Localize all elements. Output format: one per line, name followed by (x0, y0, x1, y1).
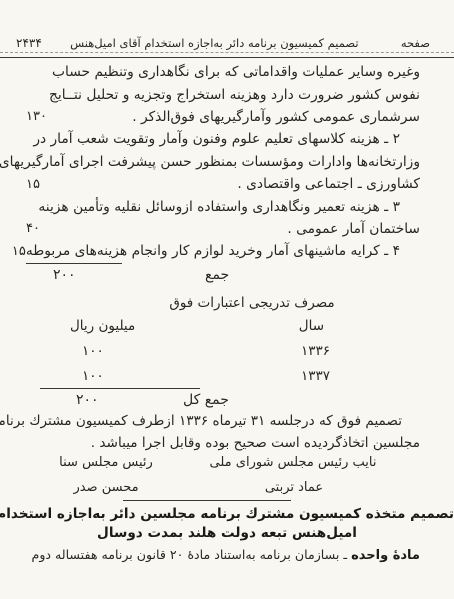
budget-line: ۲ ـ هزینه کلاسهای تعلیم علوم وفنون وآمار… (26, 128, 420, 150)
ratification-line: مجلسین اتخاذگردیده است صحیح بوده وقابل ا… (26, 435, 420, 451)
ratification-line: تصمیم فوق که درجلسه ۳۱ تیرماه ۱۳۳۶ ازطرف… (26, 413, 420, 429)
article-line: مادهٔ واحده ـ بسازمان برنامه به‌استناد م… (20, 547, 420, 563)
article-text: ـ بسازمان برنامه به‌استناد مادهٔ ۲۰ قانو… (32, 547, 348, 562)
signature-right-name: عماد تربتی (234, 480, 354, 495)
budget-line-text: کشاورزی ـ اجتماعی واقتصادی . (237, 176, 420, 192)
schedule-row-year: ۱۳۳۶ (301, 343, 330, 359)
budget-line-text: نفوس کشور ضرورت دارد وهزینه استخراج وتجز… (49, 87, 420, 103)
budget-sum-rule (26, 263, 122, 264)
section-divider-rule (123, 500, 291, 501)
budget-line-amount: ۱۳۰ (26, 109, 47, 124)
budget-line: وزارتخانه‌ها وادارات ومؤسسات بمنظور حسن … (26, 151, 420, 173)
budget-line: نفوس کشور ضرورت دارد وهزینه استخراج وتجز… (26, 83, 420, 105)
page-number: ۲۴۳۴ (16, 36, 42, 50)
budget-line-text: ۲ ـ هزینه کلاسهای تعلیم علوم وفنون وآمار… (33, 131, 420, 147)
budget-line-text: ۴ ـ کرایه ماشینهای آمار وخرید لوازم کار … (26, 243, 420, 259)
schedule-year-header: سال (299, 318, 324, 334)
budget-line: ۴ ـ کرایه ماشینهای آمار وخرید لوازم کار … (26, 240, 420, 262)
budget-line-amount: ۱۵ (12, 244, 26, 259)
schedule-title: مصرف تدریجی اعتبارات فوق (50, 295, 454, 311)
budget-line: وغیره وسایر عملیات واقداماتی که برای نگا… (26, 61, 420, 83)
schedule-row-amount: ۱۰۰ (82, 343, 104, 359)
page-label: صفحه (401, 36, 430, 50)
grand-total-label: جمع کل (183, 392, 229, 408)
schedule-amount-header: میلیون ریال (70, 318, 135, 334)
schedule-row-amount: ۱۰۰ (82, 368, 104, 384)
schedule-sum-rule (40, 388, 200, 389)
budget-list: وغیره وسایر عملیات واقداماتی که برای نگا… (26, 61, 420, 263)
decision-heading-line2: امیل‌هنس تبعه دولت هلند بمدت دوسال (0, 525, 454, 541)
budget-line-amount: ۴۰ (26, 221, 40, 236)
page-header: صفحه تصمیم کمیسیون برنامه دائر به‌اجازه … (16, 36, 430, 50)
budget-line-text: ساختمان آمار عمومی . (287, 221, 420, 237)
decision-heading-line1: تصمیم متخذه کمیسیون مشترك برنامه مجلسین … (0, 506, 454, 522)
header-dashed-rule (0, 52, 454, 53)
signature-right-title: نایب رئیس مجلس شورای ملی (198, 455, 388, 470)
budget-total-label: جمع (205, 267, 229, 283)
budget-line-text: وغیره وسایر عملیات واقداماتی که برای نگا… (52, 64, 420, 80)
budget-total-amount: ۲۰۰ (53, 267, 76, 283)
signature-left-title: رئیس مجلس سنا (30, 455, 182, 470)
page-title: تصمیم کمیسیون برنامه دائر به‌اجازه استخد… (70, 36, 358, 50)
budget-line: ۳ ـ هزینه تعمیر ونگاهداری واستفاده ازوسا… (26, 195, 420, 217)
document-page: صفحه تصمیم کمیسیون برنامه دائر به‌اجازه … (0, 0, 454, 599)
grand-total-amount: ۲۰۰ (76, 392, 99, 408)
budget-line-text: وزارتخانه‌ها وادارات ومؤسسات بمنظور حسن … (0, 154, 420, 170)
signature-left-name: محسن صدر (48, 480, 164, 495)
budget-line-text: سرشماری عمومی کشور وآمارگیریهای فوق‌الذک… (132, 109, 420, 125)
budget-line-text: ۳ ـ هزینه تعمیر ونگاهداری واستفاده ازوسا… (38, 199, 420, 215)
budget-line-amount: ۱۵ (26, 177, 40, 192)
header-rule (0, 57, 454, 58)
article-label: مادهٔ واحده (351, 548, 420, 563)
schedule-row-year: ۱۳۳۷ (301, 368, 330, 384)
budget-line: ساختمان آمار عمومی . ۴۰ (26, 218, 420, 240)
budget-line: کشاورزی ـ اجتماعی واقتصادی . ۱۵ (26, 173, 420, 195)
budget-total-row: جمع ۲۰۰ (0, 267, 454, 287)
budget-line: سرشماری عمومی کشور وآمارگیریهای فوق‌الذک… (26, 106, 420, 128)
